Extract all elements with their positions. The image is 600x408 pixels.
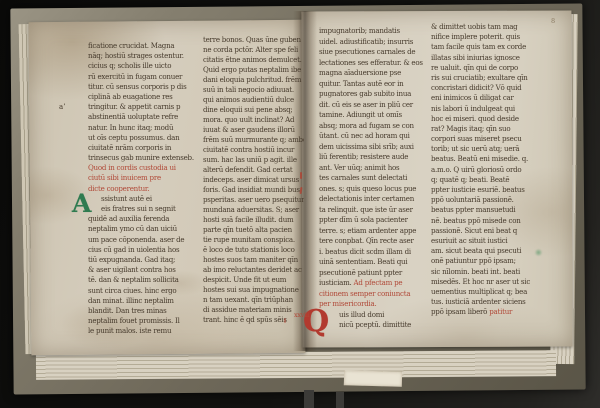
text-line: dit. cū eis se aser in pliū cer	[319, 100, 432, 111]
text-line: despicit. Unde fit ut eum	[203, 275, 304, 285]
text-line: titur. cū sensus corporis p dis	[88, 82, 197, 92]
text-line: cicius q; scholis ille uicto	[88, 61, 197, 71]
text-line: quidē ad auxilia ferenda	[88, 214, 197, 224]
text-line: terre bonos. Quas ūne guben	[203, 35, 304, 45]
text-line: nis labori ū indulgeat qui	[431, 104, 544, 114]
text-line: tie rupe munitam conspica.	[203, 235, 304, 245]
text-line: beatus ppter mansuetudi	[431, 205, 544, 215]
text-line: sunt circa ciues. hinc ergo	[88, 286, 197, 296]
text-line: ssistunt autē ei	[101, 194, 197, 204]
manuscript-photo: ficatione crucidat. Magnanāq; hostiū str…	[0, 0, 600, 408]
text-line: ciuitatē contra hostiū incur	[203, 145, 304, 155]
text-line: ppō ipsam liberō patitur	[431, 307, 544, 317]
text-line: absq; mora ad fugam se con	[319, 121, 432, 132]
text-line: ta relinquit. que iste ūr aser	[319, 205, 432, 216]
text-line: hoc ei miseri. quod deside	[431, 114, 544, 124]
text-line: trinsecus gab munire extenseb.	[88, 153, 197, 163]
text-line: Quid ergo putas neptalim ibe	[203, 65, 304, 75]
text-line: ciplinā ab euagatione res	[88, 92, 197, 102]
text-line: rat? Magis itaq; qīn suo	[431, 124, 544, 134]
text-line: beatus. Beatū eni misedie. q.	[431, 154, 544, 164]
text-line: nicū pceptū. dimittite	[339, 320, 432, 331]
text-line: tam facile quis tam ex corde	[431, 42, 544, 52]
text-line: mora. quo uult inclinat? Ad	[203, 115, 304, 125]
text-line: di assidue materiam minis	[203, 305, 304, 315]
text-line: dani eloquia pulchritud. frēm	[203, 75, 304, 85]
text-line: qui animos audientiū dulce	[203, 95, 304, 105]
text-line: siue psecutiones carnales de	[319, 47, 432, 58]
text-line: corpori suas miseret psecu	[431, 134, 544, 144]
text-line: neptalim ymo cū dan uiciū	[88, 224, 197, 234]
text-line: abstinentiā uoluptate refre	[88, 112, 197, 122]
text-line: ūtant. cū nec ad horam qui	[319, 131, 432, 142]
text-line: trant. hinc ē qd spūs sēis	[203, 315, 304, 325]
decorated-initial-a: A	[72, 191, 91, 216]
text-line: citatis ētne animos demulcet.	[203, 55, 304, 65]
text-line: re ualuit. qīn qui de corpo	[431, 63, 544, 73]
text-line: tere conpbat. Qīn recte aser	[319, 236, 432, 247]
text-line: tiū expugnanda. Gad itaq;	[88, 255, 197, 265]
text-line: ciutū sibi inuicem pre	[88, 173, 197, 183]
text-line: & dimittet uobis tam mag	[431, 22, 544, 32]
text-line: dan minat. illinc neptalim	[88, 296, 197, 306]
text-line: nifice implere poterit. quis	[431, 32, 544, 42]
rubric-run: Ad pfectam pe	[354, 278, 403, 287]
text-line: iusticiam. Ad pfectam pe	[319, 278, 432, 289]
text-line: hostes sui sua impugnatione	[203, 285, 304, 295]
text-line: dicte cooperentur.	[88, 184, 197, 194]
red-margin-fleck	[284, 318, 286, 323]
text-column-1: ficatione crucidat. Magnanāq; hostiū str…	[88, 41, 200, 336]
text-line: i. beatus dicit scdm illam di	[319, 247, 432, 258]
text-line: cius cū gad in uiolentia hos	[88, 245, 197, 255]
text-line: um pace cōponenda. aser de	[88, 235, 197, 245]
text-line: nāq; hostiū strages ostentur.	[88, 51, 197, 61]
text-line: uidel. adiustificatib; insurris	[319, 37, 432, 48]
text-column-2: terre bonos. Quas ūne gubenne corda pctō…	[203, 35, 307, 325]
text-line: uementius multiplicat q; bea	[431, 287, 544, 297]
text-line: alterū defendit. Gad certat	[203, 165, 304, 175]
text-line: ones. s; quis queso locus pue	[319, 184, 432, 195]
text-line: rū exercitū in fugam conuer	[88, 72, 197, 82]
text-line: magna aīaduersione pse	[319, 68, 432, 79]
text-line: tamine. Adiungit ut omīs	[319, 110, 432, 121]
text-line: & aser uigilant contra hos	[88, 265, 197, 275]
text-line: nē. beatus ppō misede con	[431, 216, 544, 226]
book-cradle-support	[336, 392, 344, 408]
text-line: terre. s; etiam ardenter appe	[319, 226, 432, 237]
text-line: eis fratres sui n segnit	[101, 204, 197, 214]
text-line: indeceps. aser dimicat ursus	[203, 175, 304, 185]
text-line: citionem semper coniuncta	[319, 289, 432, 300]
text-line: le punit malos. iste remu	[88, 326, 197, 336]
text-line: ne corda pctōr. Alter spe feli	[203, 45, 304, 55]
text-line: ficatione crucidat. Magna	[88, 41, 197, 51]
text-line: quitur. Tantas autē eor in	[319, 79, 432, 90]
text-line: tringitur. & appetit carnis p	[88, 102, 197, 112]
text-line: ē loco de tuto stationis loco	[203, 245, 304, 255]
text-line: neptalim fouet promissis. Il	[88, 316, 197, 326]
text-line: natur. In hunc itaq; modū	[88, 123, 197, 133]
text-line: uis illud domi	[339, 310, 432, 321]
text-line: per misericordia.	[319, 299, 432, 310]
text-line: foris. Gad insidiat mundi bus	[203, 185, 304, 195]
page-stack-edge-bottom	[36, 350, 556, 380]
text-line: mundana aduersitas. S; aser	[203, 205, 304, 215]
green-paint-fleck	[534, 249, 543, 256]
text-line: psecutionē patiunt ppter	[319, 268, 432, 279]
text-column-3: impugnatorib; mandatisuidel. adiustifica…	[319, 26, 435, 331]
text-line: eni inimicos ū diligat car	[431, 93, 544, 103]
text-line: q; quatē q; beati. Beatē	[431, 175, 544, 185]
folio-corner-mark: 8	[551, 17, 555, 25]
text-column-4: & dimittet uobis tam magnifice implere p…	[431, 22, 547, 317]
text-line: frēm suū murmurante q; ambo	[203, 135, 304, 145]
text-line: ppō uoluntariā passionē.	[431, 195, 544, 205]
text-line: Quod in cordis custodia ui	[88, 163, 197, 173]
text-line: suū in tali negocio adiuuat.	[203, 85, 304, 95]
text-line: blandit. Dan tres minas	[88, 306, 197, 316]
text-line: n tam uexant. qīn triūphan	[203, 295, 304, 305]
text-line: parte qīn tuetō alta pacien	[203, 225, 304, 235]
text-line: uinā sententiam. Beati qui	[319, 257, 432, 268]
text-line: a.m.o. Q uirū gloriosū ordo	[431, 165, 544, 175]
text-line: esuriuit ac situit iustici	[431, 236, 544, 246]
text-line: sic nīlomin. beati int. beati	[431, 267, 544, 277]
text-line: ciuitatē nrām corporis in	[88, 143, 197, 153]
text-line: ut oīs ceptu possumus. dan	[88, 133, 197, 143]
text-line: impugnatorib; mandatis	[319, 26, 432, 37]
text-line: torib; ut sic uerū atq; uerā	[431, 144, 544, 154]
text-line: hostes suos tam maniter qīn	[203, 255, 304, 265]
red-margin-fleck	[300, 172, 302, 179]
text-line: dine eloquii sui pene absq;	[203, 105, 304, 115]
text-line: passionē. Sicut eni beat q	[431, 226, 544, 236]
chapter-number: xxviii	[294, 311, 309, 319]
text-line: ppter dīm ū sola pacienter	[319, 215, 432, 226]
page-edge-chip	[344, 370, 402, 387]
text-line: psperitas. aser uero psequitur	[203, 195, 304, 205]
text-line: pugnatores gab subito inua	[319, 89, 432, 100]
text-line: onē patiuntur ppō ipsam;	[431, 256, 544, 266]
text-line: delectationis inter certamen	[319, 194, 432, 205]
text-line: liū ferentib; resistere aude	[319, 152, 432, 163]
book-cradle-support	[304, 390, 314, 408]
text-line: lectationes ses efferatur. & eos	[319, 58, 432, 69]
rubric-run: patitur	[489, 307, 512, 316]
text-line: illatas sibi iniurias ignosce	[431, 53, 544, 63]
text-line: dem uicissima sibi srīb; auxi	[319, 142, 432, 153]
text-line: misedēs. Et hoc nr aser ut sic	[431, 277, 544, 287]
margin-mark: aʼ	[59, 103, 65, 111]
text-line: sum. hac las uniū p agit. ille	[203, 155, 304, 165]
text-line: ppter iusticie esuriē. beatus	[431, 185, 544, 195]
text-line: iuuat & aser gaudens illorū	[203, 125, 304, 135]
text-line: concristari didicit? Vō quid	[431, 83, 544, 93]
text-line: ant. Ver uūq; animit hos	[319, 163, 432, 174]
text-line: tē. dan & neptalim sollicita	[88, 275, 197, 285]
text-line: ris sui cruciatib; exultare qīn	[431, 73, 544, 83]
text-line: am. sicut beata qui psecuti	[431, 246, 544, 256]
text-line: tes carnales sunt delectati	[319, 173, 432, 184]
text-line: hosti suā facile illudit. dum	[203, 215, 304, 225]
text-line: ab imo reluctantes deridet ac	[203, 265, 304, 275]
text-line: tus. iusticiā ardenter siciens	[431, 297, 544, 307]
